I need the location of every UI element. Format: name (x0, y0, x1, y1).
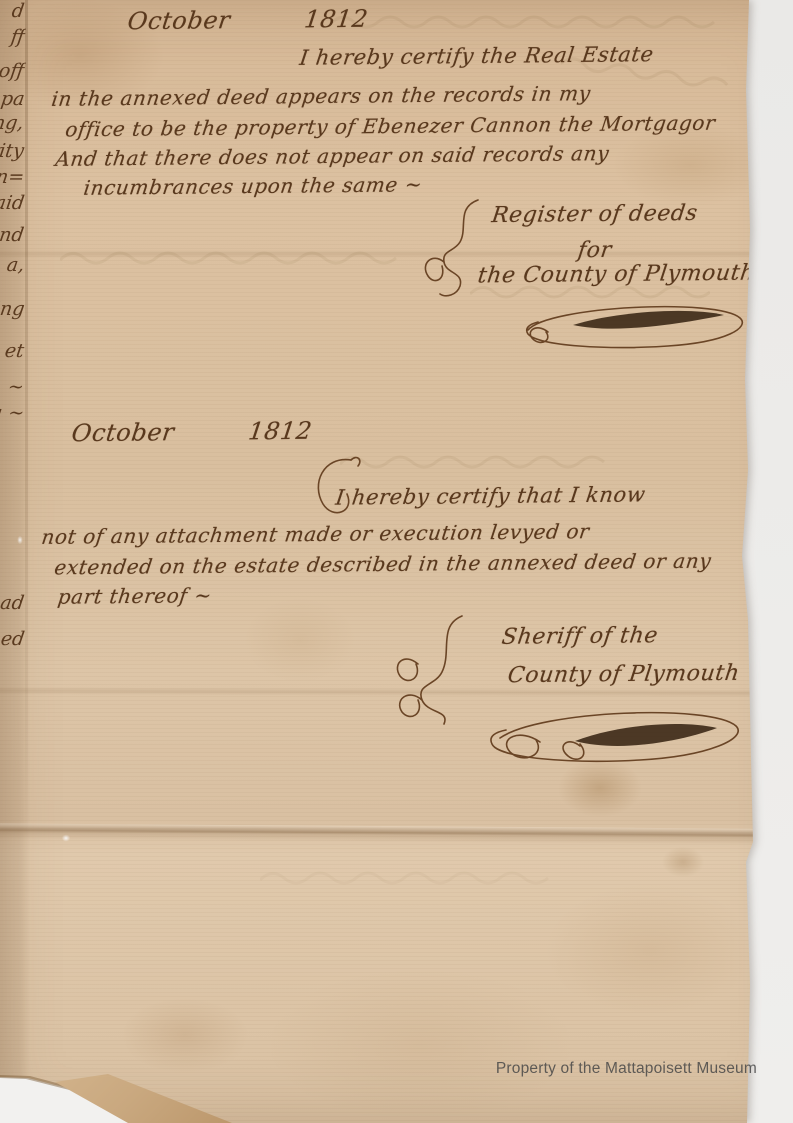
section1-body-line: office to be the property of Ebenezer Ca… (64, 111, 717, 142)
document-page: d ff off pa ing, urity in= said and a, i… (0, 0, 793, 1123)
edge-text-fragment: et (4, 340, 26, 362)
ink-bleed-through (330, 10, 720, 34)
edge-text-fragment: head (0, 592, 26, 614)
fold-crease-middle (0, 687, 753, 698)
section1-body-line: in the annexed deed appears on the recor… (50, 81, 592, 111)
register-signature-county: the County of Plymouth (476, 261, 756, 289)
register-signature-for: for (576, 238, 613, 263)
edge-text-fragment: a ~ (0, 402, 26, 424)
scanned-document: d ff off pa ing, urity in= said and a, i… (0, 0, 793, 1123)
section1-body-line: incumbrances upon the same ~ (82, 172, 424, 200)
fold-crease-upper (0, 250, 753, 258)
sheriff-signature-county: County of Plymouth (506, 661, 741, 688)
edge-text-fragment: off (0, 60, 26, 82)
signature-brace-flourish (392, 612, 477, 730)
sheriff-signature-title: Sheriff of the (500, 623, 659, 650)
edge-text-fragment: ~ (7, 376, 26, 398)
section1-body-line: And that there does not appear on said r… (54, 141, 611, 171)
edge-text-fragment: ing, (0, 112, 26, 134)
signature-brace-flourish (420, 198, 490, 308)
edge-text-fragment: urity (0, 140, 26, 162)
section2-body-line: I hereby certify that I know (334, 482, 647, 509)
section1-date-month: October (126, 6, 232, 35)
section1-date-year: 1812 (303, 5, 370, 34)
edge-text-fragment: pa (0, 88, 26, 110)
edge-text-fragment: in= (0, 166, 26, 188)
museum-watermark: Property of the Mattapoisett Museum (0, 1060, 757, 1078)
ink-bleed-through (260, 866, 560, 890)
edge-text-fragment: ing (0, 298, 26, 320)
section1-body-line: I hereby certify the Real Estate (298, 42, 655, 70)
edge-text-fragment: a, (5, 254, 25, 276)
section2-date-year: 1812 (247, 417, 314, 446)
section2-body-line: extended on the estate described in the … (53, 549, 713, 580)
signature-swash-flourish (518, 292, 748, 352)
section1-date-line: October1812 (126, 5, 370, 36)
ink-bleed-through (340, 450, 620, 474)
edge-text-fragment: and (0, 224, 26, 246)
section2-date-month: October (70, 418, 176, 447)
edge-text-fragment: ff (9, 26, 26, 48)
adjacent-page-edge-text: d ff off pa ing, urity in= said and a, i… (0, 0, 26, 700)
fold-crease-main (0, 823, 753, 844)
edge-text-fragment: said (0, 192, 26, 214)
edge-text-fragment: ed (0, 628, 26, 650)
section2-body-line: not of any attachment made or execution … (40, 519, 591, 549)
register-signature-title: Register of deeds (490, 201, 699, 228)
section2-date-line: October1812 (70, 417, 314, 448)
edge-text-fragment: d (10, 0, 25, 22)
ink-bleed-through (60, 246, 420, 270)
section2-body-line: part thereof ~ (56, 583, 213, 609)
signature-swash-flourish (480, 698, 750, 768)
